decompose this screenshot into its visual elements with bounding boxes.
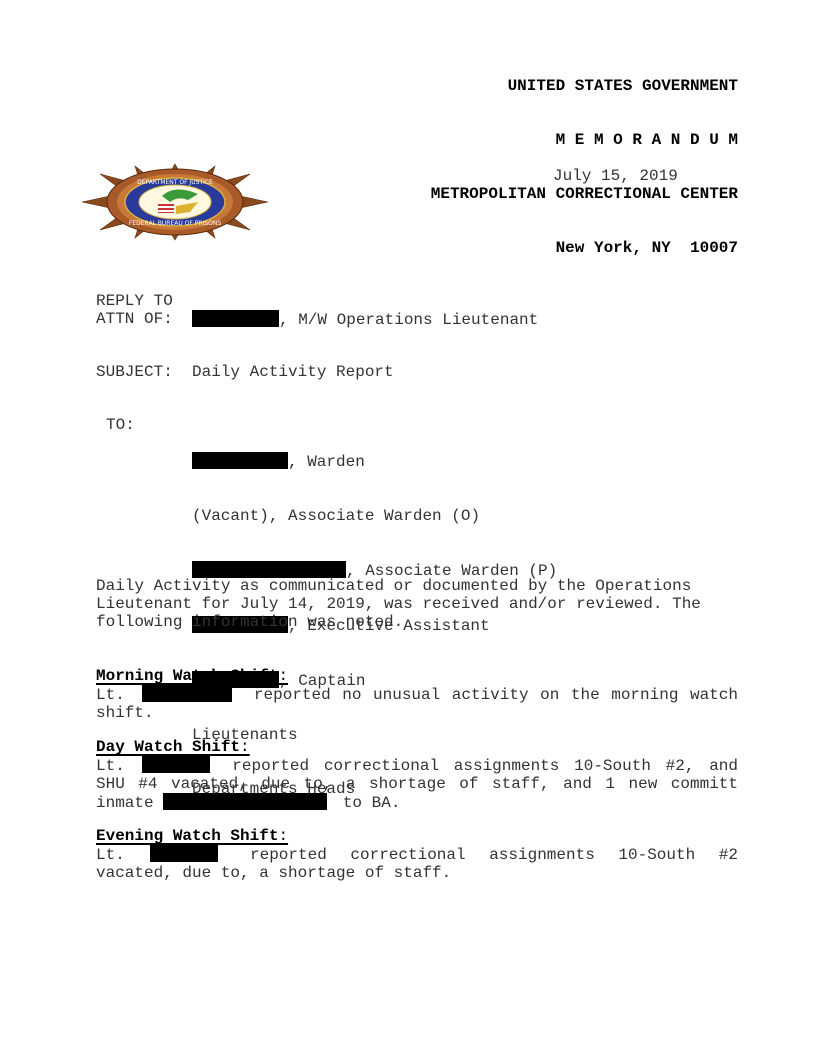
section-morning-body: Lt. reported no unusual activity on the …	[96, 685, 738, 722]
letterhead: UNITED STATES GOVERNMENT M E M O R A N D…	[431, 41, 738, 275]
redaction	[150, 845, 218, 862]
seal-inner-text: FEDERAL BUREAU OF PRISONS	[129, 220, 221, 227]
letterhead-line: UNITED STATES GOVERNMENT	[431, 77, 738, 95]
attn-of-value: , M/W Operations Lieutenant	[192, 310, 538, 329]
recipient: , Warden	[192, 452, 557, 471]
subject-value: Daily Activity Report	[192, 363, 394, 381]
redaction	[163, 793, 327, 810]
letterhead-line: M E M O R A N D U M	[431, 131, 738, 149]
redaction	[192, 310, 279, 327]
letterhead-line: METROPOLITAN CORRECTIONAL CENTER	[431, 185, 738, 203]
section-day-heading: Day Watch Shift:	[96, 738, 250, 756]
recipient: (Vacant), Associate Warden (O)	[192, 507, 557, 525]
attn-of-label: ATTN OF:	[96, 310, 173, 328]
memo-date: July 15, 2019	[553, 167, 678, 185]
section-evening-heading: Evening Watch Shift:	[96, 827, 288, 845]
section-day-body: Lt. reported correctional assignments 10…	[96, 756, 738, 812]
to-label: TO:	[106, 416, 135, 434]
redaction	[142, 685, 232, 702]
redaction	[192, 452, 288, 469]
intro-paragraph: Daily Activity as communicated or docume…	[96, 577, 716, 631]
doj-bop-seal-icon: DEPARTMENT OF JUSTICE FEDERAL BUREAU OF …	[80, 162, 270, 242]
section-morning-heading: Morning Watch Shift:	[96, 667, 288, 685]
letterhead-line: New York, NY 10007	[431, 239, 738, 257]
reply-to-label: REPLY TO	[96, 292, 173, 310]
subject-label: SUBJECT:	[96, 363, 173, 381]
seal-outer-text: DEPARTMENT OF JUSTICE	[137, 179, 213, 186]
section-evening-body: Lt. reported correctional assignments 10…	[96, 845, 738, 882]
redaction	[192, 561, 346, 578]
redaction	[142, 756, 210, 773]
